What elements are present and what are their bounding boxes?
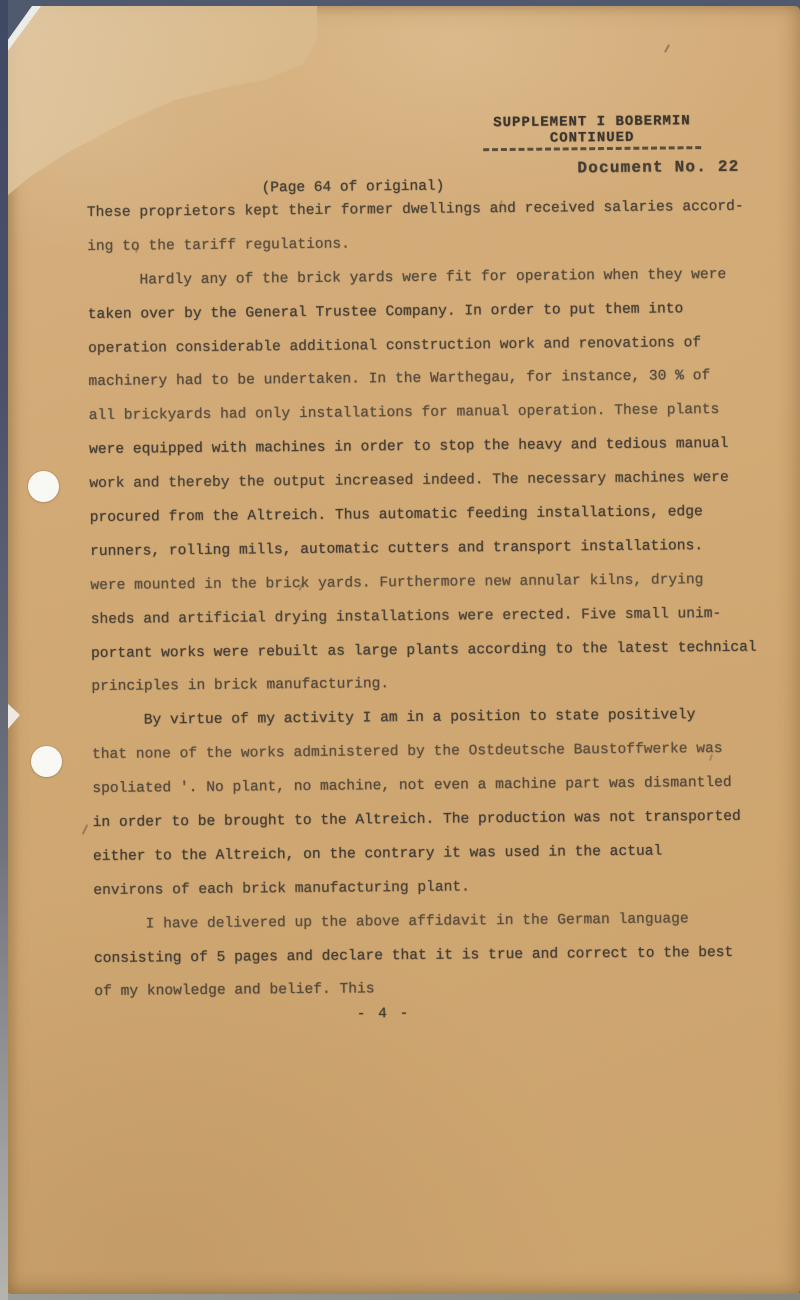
- page-reference: (Page 64 of original): [261, 179, 444, 197]
- text-line: of my knowledge and belief. This: [94, 978, 800, 1019]
- stamp-line2: CONTINUED: [483, 129, 701, 147]
- page-number: - 4 -: [348, 1006, 418, 1023]
- text-line: I have delivered up the above affidavit …: [94, 910, 800, 951]
- text-line: all brickyards had only installations fo…: [89, 402, 795, 443]
- text-line: spoliated '. No plant, no machine, not e…: [92, 774, 798, 815]
- scanned-document-page: SUPPLEMENT I BOBERMIN CONTINUED Document…: [0, 0, 800, 1300]
- affidavit-text: These proprietors kept their former dwel…: [87, 198, 800, 1018]
- text-line: sheds and artificial drying installation…: [91, 605, 797, 646]
- scanner-edge-left: [0, 0, 8, 1300]
- paper-sheet: SUPPLEMENT I BOBERMIN CONTINUED Document…: [7, 6, 800, 1294]
- text-line: Hardly any of the brick yards were fit f…: [87, 266, 793, 307]
- text-line: principles in brick manufacturing.: [91, 673, 797, 714]
- text-line: work and thereby the output increased in…: [89, 469, 795, 510]
- stamp-line1: SUPPLEMENT I BOBERMIN: [483, 113, 701, 131]
- typed-layer: SUPPLEMENT I BOBERMIN CONTINUED Document…: [1, 2, 800, 1298]
- document-number: Document No. 22: [577, 158, 739, 178]
- header-stamp: SUPPLEMENT I BOBERMIN CONTINUED: [483, 113, 701, 151]
